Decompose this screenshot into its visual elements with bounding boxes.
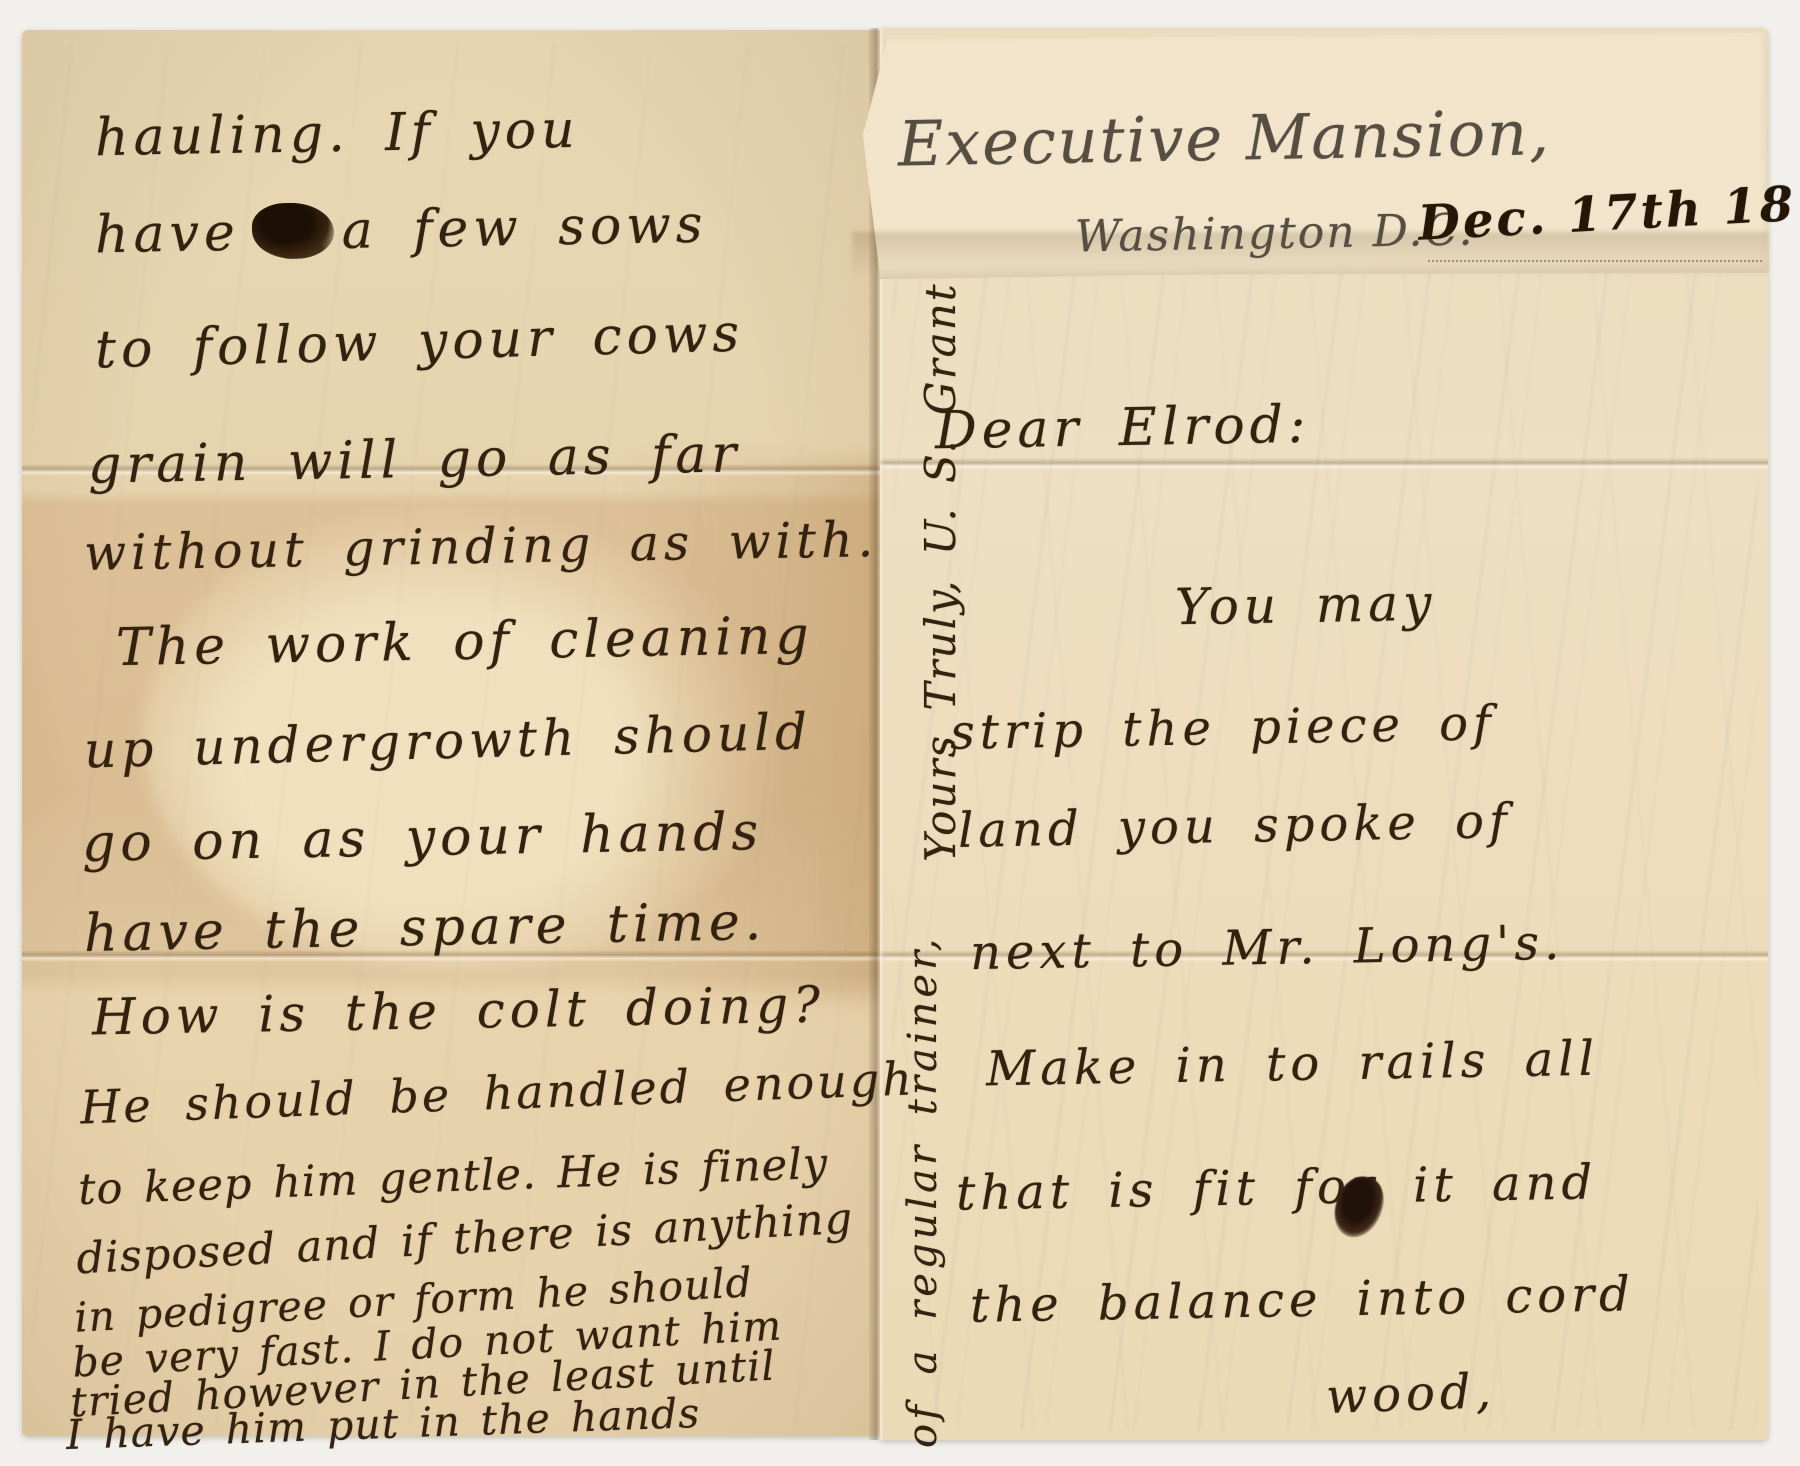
left-line-8: go on as your hands: [82, 802, 764, 874]
vertical-continuation: of a regular trainer,: [900, 934, 946, 1448]
letterhead-date-rule: [1428, 258, 1762, 262]
left-line-1: hauling. If you: [95, 100, 581, 168]
salutation: Dear Elrod:: [935, 395, 1311, 462]
right-line-8: wood,: [1325, 1363, 1497, 1425]
right-line-7: the balance into cord: [970, 1266, 1636, 1334]
letterhead-city: Washington D.C.: [1075, 205, 1475, 263]
left-line-6: The work of cleaning: [116, 606, 815, 678]
left-line-2-start: have: [95, 203, 241, 266]
right-line-1: You may: [1175, 574, 1437, 637]
left-line-2-end: a few sows: [341, 195, 708, 261]
left-line-2: havea few sows: [95, 195, 708, 266]
left-line-9: have the spare time.: [84, 892, 767, 964]
left-line-4: grain will go as far: [88, 424, 742, 495]
ink-blot-crossout: [251, 202, 334, 259]
right-line-6: that is fit for it and: [956, 1154, 1598, 1221]
vertical-signature: Yours Truly, U. S. Grant: [916, 282, 965, 862]
right-line-4: next to Mr. Long's.: [970, 915, 1565, 981]
right-line-2: strip the piece of: [950, 695, 1497, 761]
right-line-5: Make in to rails all: [986, 1031, 1600, 1098]
letterhead-institution: Executive Mansion,: [897, 97, 1528, 181]
letter-scan: Executive Mansion, Washington D.C. Dec. …: [0, 0, 1800, 1466]
right-line-3: land you spoke of: [958, 793, 1513, 859]
